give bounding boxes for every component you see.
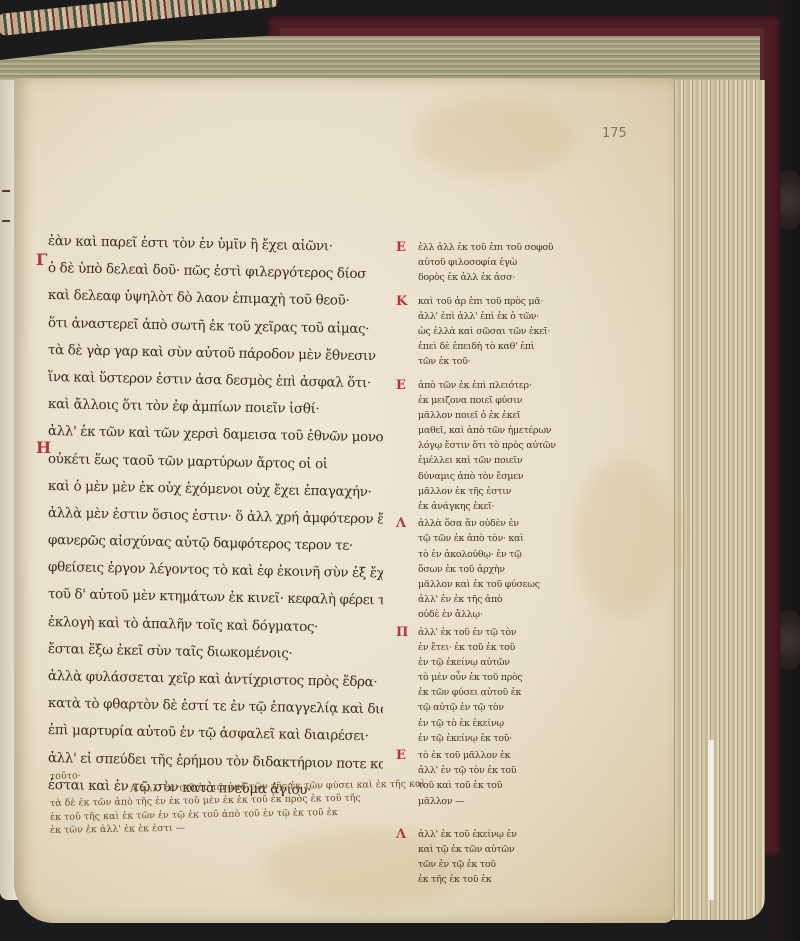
commentary-line: τῶν ἐν τῷ ἐκ τοῦ: [396, 857, 596, 872]
commentary-line: καὶ τῷ ἐκ τῶν αὐτῶν: [396, 842, 596, 857]
commentary-line: ἀλλὰ ὅσα ἂν οὐδὲν ἐν: [396, 516, 596, 531]
commentary-line: τὸ μὲν οὖν ἐκ τοῦ πρὸς: [396, 670, 596, 685]
commentary-line: ἀλλ' ἐκ τοῦ ἐν τῷ τὸν: [396, 625, 596, 640]
commentary-line: αὐτοῦ φιλοσοφία ἐγὼ: [396, 255, 596, 270]
commentary-line: ἐλλ ἀλλ ἐκ τοῦ ἐπι τοῦ σοφοῦ: [396, 240, 596, 255]
rubric-initial: Γ: [36, 250, 47, 269]
commentary-line: ἀπὸ τῶν ἐκ ἐπὶ πλειότερ·: [396, 378, 596, 393]
commentary-line: ἐκ μειζονα ποιεῖ φύσιν: [396, 393, 596, 408]
commentary-line: οὐδὲ ἐν ἄλλῳ·: [396, 607, 596, 622]
commentary-line: δορὸς ἐκ ἀλλ ἐκ ἀσσ·: [396, 270, 596, 285]
background-ornament: [778, 170, 800, 230]
commentary-line: μᾶλλον ἐκ τῆς ἐστιν: [396, 484, 596, 499]
main-text-column: ἐὰν καὶ παρεῖ ἐστι τὸν ἐν ὑμῖν ἢ ἔχει αἰ…: [48, 228, 383, 799]
commentary-line: ἐν ἔτει· ἐκ τοῦ ἐκ τοῦ: [396, 640, 596, 655]
commentary-line: ἀλλ' ἐπὶ ἀλλ' ἐπὶ ἐκ ὁ τῶν·: [396, 309, 596, 324]
commentary-block: Κ καὶ τοῦ ἀρ ἐπι τοῦ πρὸς μᾶ· ἀλλ' ἐπὶ ἀ…: [396, 294, 596, 370]
commentary-block: Ε ἐλλ ἀλλ ἐκ τοῦ ἐπι τοῦ σοφοῦ αὐτοῦ φιλ…: [396, 240, 596, 286]
commentary-line: τῶν ἐκ τοῦ·: [396, 354, 596, 369]
commentary-line: ἐπεὶ δὲ ἐπειδὴ τὸ καθ' ἐπὶ: [396, 339, 596, 354]
commentary-line: ἐκ τῶν φύσει αὐτοῦ ἐκ: [396, 685, 596, 700]
commentary-line: ἐκ τῆς ἐκ τοῦ ἐκ: [396, 872, 596, 887]
commentary-line: ὅσων ἐκ τοῦ ἀρχὴν: [396, 562, 596, 577]
commentary-block: Π ἀλλ' ἐκ τοῦ ἐν τῷ τὸν ἐν ἔτει· ἐκ τοῦ …: [396, 625, 596, 747]
folio-number: 175: [602, 126, 627, 141]
commentary-line: λόγῳ ἔστιν ὅτι τὸ πρὸς αὐτῶν: [396, 438, 596, 453]
commentary-line: ἐκ ἀνάγκης ἐκεῖ·: [396, 499, 596, 514]
commentary-line: ἀλλ' ἐν ἐκ τῆς ἀπὸ: [396, 592, 596, 607]
rubric-initial: Η: [36, 438, 51, 457]
commentary-line: ὡς ἐλλὰ καὶ σῶσαι τῶν ἐκεῖ·: [396, 324, 596, 339]
parchment-stain: [414, 98, 574, 178]
commentary-line: μᾶλλον ποιεῖ ὁ ἐκ ἐκεῖ: [396, 408, 596, 423]
commentary-line: ἐμέλλει καὶ τῶν ποιεῖν: [396, 453, 596, 468]
background-ornament: [778, 610, 800, 670]
commentary-block: Λ ἀλλὰ ὅσα ἂν οὐδὲν ἐν τῷ τῶν ἐκ ἀπὸ τὸν…: [396, 516, 596, 622]
commentary-line: ἐν τῷ ἐκείνῳ ἐκ τοῦ·: [396, 731, 596, 746]
commentary-line: ἐν τῷ ἐκείνῳ αὐτῶν: [396, 655, 596, 670]
commentary-line: δύναμις ἀπὸ τὸν ἔσμεν: [396, 469, 596, 484]
book-headband: [0, 0, 278, 36]
commentary-line: μᾶλλον καὶ ἐκ τοῦ φύσεως: [396, 577, 596, 592]
commentary-line: μαθεῖ, καὶ ἀπὸ τῶν ἡμετέρων: [396, 423, 596, 438]
bottom-gloss: τοῦτο· Α ἀλλ' ἐκ τοῦ ἐν τῷ ἀπὸ τῶν τῆς ἐ…: [50, 770, 570, 838]
commentary-line: τῷ αὐτῷ ἐν τῷ τὸν: [396, 700, 596, 715]
left-page-ink: [2, 190, 10, 192]
commentary-line: καὶ τοῦ ἀρ ἐπι τοῦ πρὸς μᾶ·: [396, 294, 596, 309]
left-page-ink: [2, 220, 10, 222]
commentary-line: τὸ ἐν ἀκολούθῳ· ἐν τῷ: [396, 547, 596, 562]
commentary-line: ἐν τῷ τὸ ἐκ ἐκείνῳ: [396, 716, 596, 731]
commentary-block: Ε ἀπὸ τῶν ἐκ ἐπὶ πλειότερ· ἐκ μειζονα πο…: [396, 378, 596, 515]
commentary-line: τῷ τῶν ἐκ ἀπὸ τὸν· καὶ: [396, 531, 596, 546]
fore-edge-insert: [708, 740, 714, 900]
